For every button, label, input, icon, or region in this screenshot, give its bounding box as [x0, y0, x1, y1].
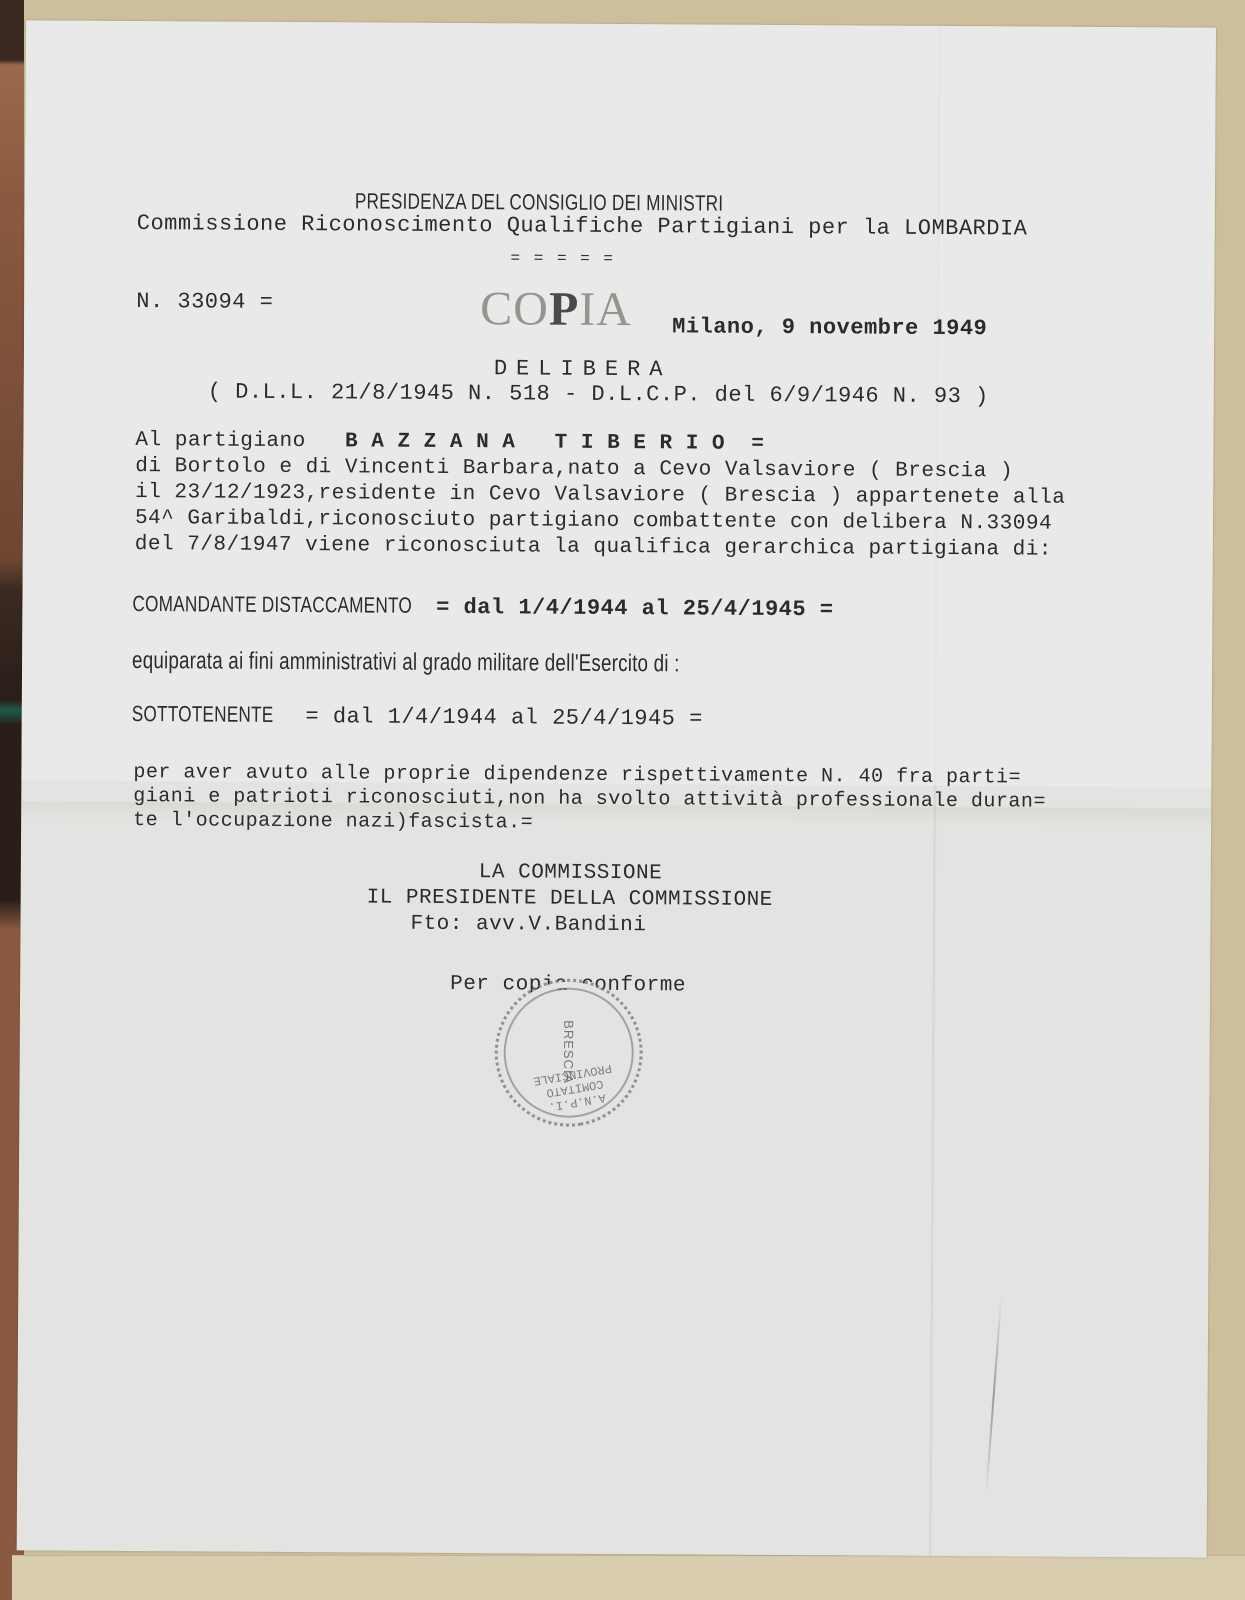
paper-crease: [985, 1297, 1002, 1497]
partisan-name: B A Z Z A N A T I B E R I O =: [345, 430, 764, 456]
place-date: Milano, 9 novembre 1949: [672, 314, 987, 341]
underlying-sheet: [12, 1555, 1245, 1600]
seal-center-text: BRESCIA: [561, 1021, 576, 1085]
document-page: PRESIDENZA DEL CONSIGLIO DEI MINISTRI Co…: [17, 20, 1216, 1557]
copy-stamp: COPIA: [480, 281, 632, 337]
addressee-prefix: Al partigiano: [135, 429, 305, 453]
copy-stamp-mid: P: [549, 283, 580, 336]
partisan-rank: COMANDANTE DISTACCAMENTO: [132, 591, 358, 618]
partisan-rank-line: COMANDANTE DISTACCAMENTO = dal 1/4/1944 …: [132, 591, 833, 622]
partisan-rank-period: = dal 1/4/1944 al 25/4/1945 =: [436, 595, 834, 622]
signature-commission: LA COMMISSIONE: [479, 861, 663, 885]
document-title: DELIBERA: [494, 356, 672, 382]
body-line-1: Al partigiano B A Z Z A N A T I B E R I …: [135, 429, 764, 456]
motivation-line-3: te l'occupazione nazi)fascista.=: [133, 809, 533, 834]
equivalence-text: equiparata ai fini amministrativi al gra…: [132, 647, 680, 678]
protocol-number: N. 33094 =: [136, 289, 273, 315]
signature-name: Fto: avv.V.Bandini: [410, 913, 646, 937]
signature-president-title: IL PRESIDENTE DELLA COMMISSIONE: [367, 886, 773, 911]
military-rank-period: = dal 1/4/1944 al 25/4/1945 =: [305, 704, 703, 731]
military-rank-line: SOTTOTENENTE = dal 1/4/1944 al 25/4/1945…: [132, 701, 703, 731]
copy-stamp-pre: CO: [480, 282, 549, 335]
header-separator: = = = = =: [511, 249, 616, 268]
legal-reference: ( D.L.L. 21/8/1945 N. 518 - D.L.C.P. del…: [208, 379, 989, 409]
copy-stamp-post: IA: [579, 283, 632, 336]
military-rank: SOTTOTENENTE: [132, 701, 257, 728]
